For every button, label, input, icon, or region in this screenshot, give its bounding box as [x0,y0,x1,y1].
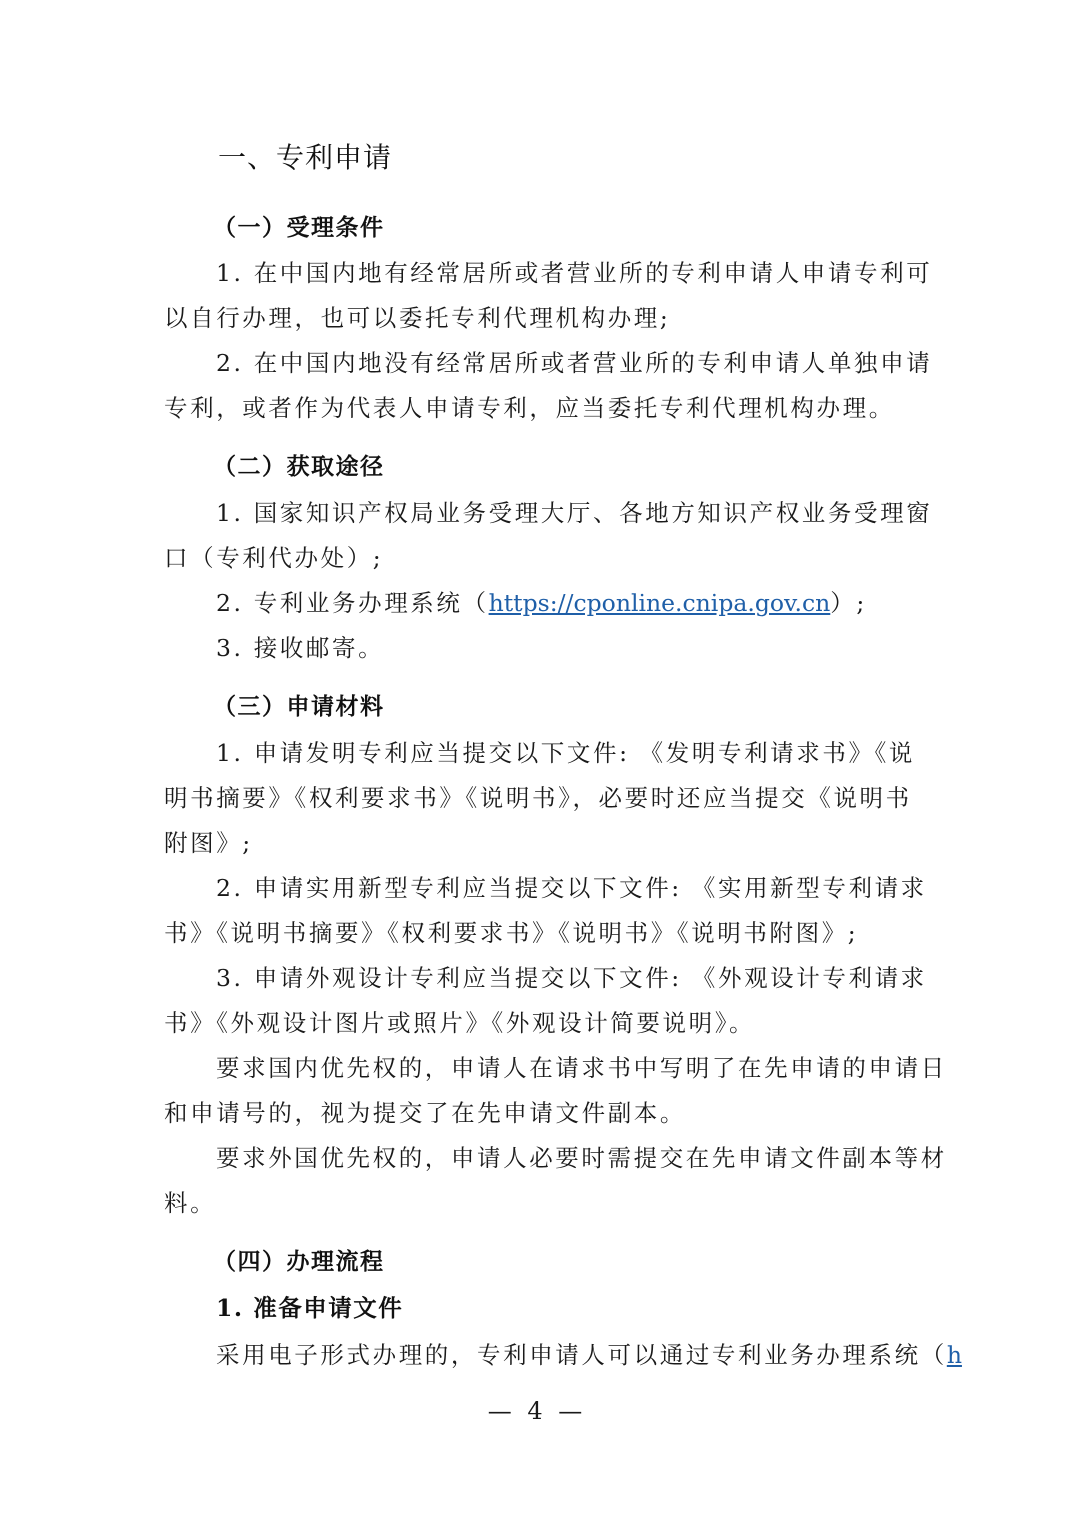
page-number: — 4 — [0,1396,1074,1426]
paragraph-line: 和申请号的，视为提交了在先申请文件副本。 [164,1098,686,1128]
subsection-heading-process: （四）办理流程 [213,1247,385,1277]
subsection-heading-access-channels: （二）获取途径 [213,452,385,482]
paragraph-line: 2. 在中国内地没有经常居所或者营业所的专利申请人单独申请 [216,348,932,378]
paragraph-line: 要求外国优先权的，申请人必要时需提交在先申请文件副本等材 [216,1143,947,1173]
subsection-heading-acceptance-conditions: （一）受理条件 [213,213,385,243]
paragraph-line: 料。 [164,1188,216,1218]
cponline-link[interactable]: https://cponline.cnipa.gov.cn [489,589,831,617]
paragraph-line: 1. 申请发明专利应当提交以下文件: 《发明专利请求书》《说 [216,738,915,768]
paragraph-text: 采用电子形式办理的，专利申请人可以通过专利业务办理系统（ [216,1341,947,1369]
paragraph-text: ）; [830,589,867,617]
paragraph-line: 口（专利代办处）; [164,543,383,573]
paragraph-line: 3. 申请外观设计专利应当提交以下文件: 《外观设计专利请求 [216,963,927,993]
section-title: 一、专利申请 [218,140,392,176]
cponline-link-fragment[interactable]: h [947,1341,962,1369]
subsection-heading-application-materials: （三）申请材料 [213,692,385,722]
paragraph-line: 1. 在中国内地有经常居所或者营业所的专利申请人申请专利可 [216,258,932,288]
paragraph-line: 明书摘要》《权利要求书》《说明书》，必要时还应当提交《说明书 [164,783,912,813]
paragraph-line-with-link: 2. 专利业务办理系统（https://cponline.cnipa.gov.c… [216,588,867,618]
paragraph-line-with-link: 采用电子形式办理的，专利申请人可以通过专利业务办理系统（h [216,1340,962,1370]
paragraph-line: 书》《外观设计图片或照片》《外观设计简要说明》。 [164,1008,755,1038]
paragraph-text: 2. 专利业务办理系统（ [216,589,489,617]
paragraph-line: 1. 国家知识产权局业务受理大厅、各地方知识产权业务受理窗 [216,498,932,528]
paragraph-line: 要求国内优先权的，申请人在请求书中写明了在先申请的申请日 [216,1053,947,1083]
step-heading-prepare-documents: 1. 准备申请文件 [216,1293,403,1323]
paragraph-line: 专利，或者作为代表人申请专利，应当委托专利代理机构办理。 [164,393,895,423]
paragraph-line: 以自行办理，也可以委托专利代理机构办理; [164,303,670,333]
paragraph-line: 附图》; [164,828,253,858]
paragraph-line: 2. 申请实用新型专利应当提交以下文件: 《实用新型专利请求 [216,873,927,903]
paragraph-line: 3. 接收邮寄。 [216,633,384,663]
document-page: 一、专利申请 （一）受理条件 1. 在中国内地有经常居所或者营业所的专利申请人申… [0,0,1074,1520]
paragraph-line: 书》《说明书摘要》《权利要求书》《说明书》《说明书附图》; [164,918,858,948]
